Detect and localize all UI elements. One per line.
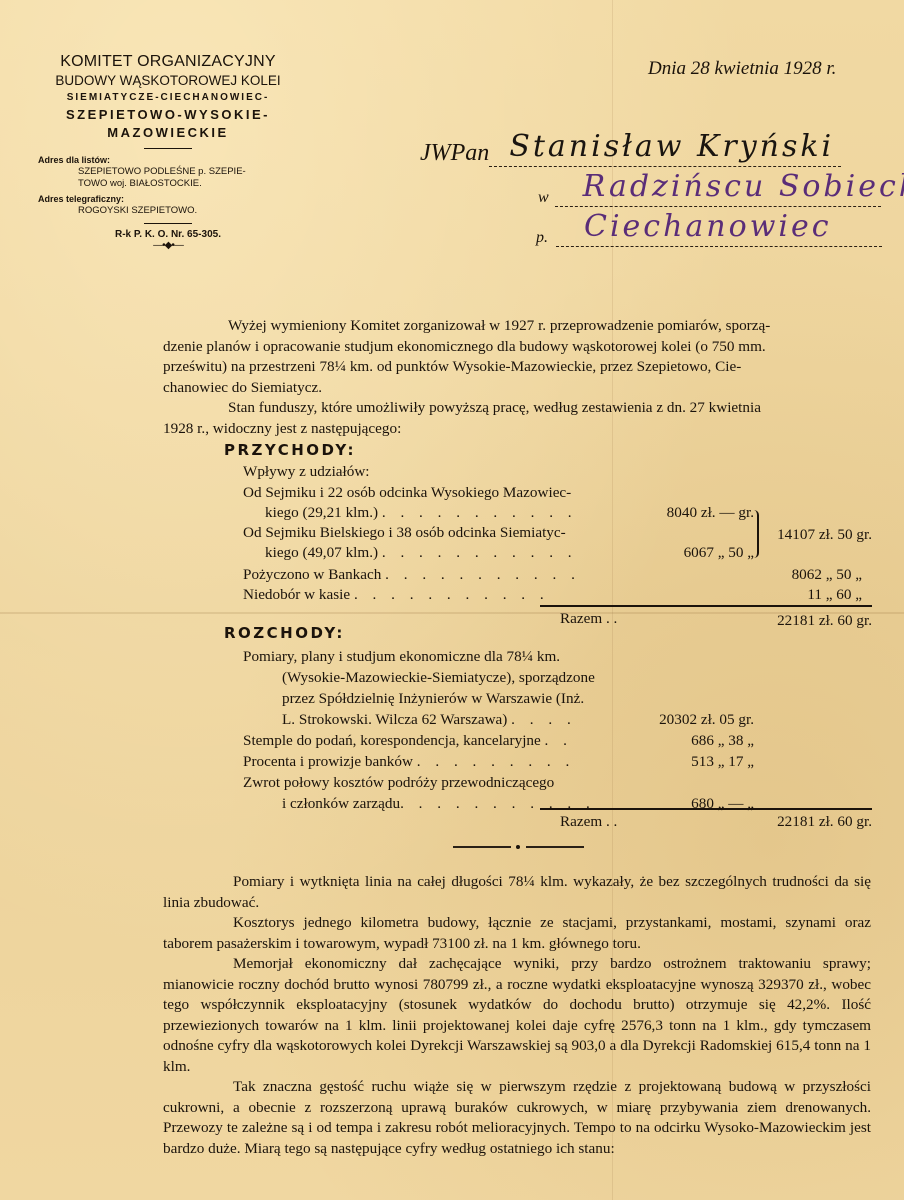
route-line-1: SIEMIATYCZE-CIECHANOWIEC- bbox=[38, 90, 298, 106]
letter-date: Dnia 28 kwietnia 1928 r. bbox=[648, 58, 836, 80]
closing-paragraph-4: Tak znaczna gęstość ruchu wiąże się w pi… bbox=[163, 1077, 871, 1159]
expenses-total-rule bbox=[540, 808, 872, 810]
income-total-rule bbox=[540, 605, 872, 607]
expenses-total-label: Razem . . bbox=[560, 813, 617, 831]
income-subheading: Wpływy z udziałów: bbox=[243, 463, 370, 481]
recipient-post-line: p. Ciechanowiec bbox=[536, 218, 882, 247]
bank-account: R-k P. K. O. Nr. 65-305. bbox=[38, 229, 298, 240]
intro-line: prześwitu) na przestrzeni 78¼ km. od pun… bbox=[163, 357, 871, 378]
route-line-2: SZEPIETOWO-WYSOKIE- bbox=[38, 106, 298, 124]
expense-item-1-line-1: Pomiary, plany i studjum ekonomiczne dla… bbox=[243, 648, 560, 666]
expense-item-2-amount: 686 „ 38 „ bbox=[600, 732, 754, 750]
telegraph-address-value: ROGOYSKI SZEPIETOWO. bbox=[38, 205, 298, 217]
mail-address-line-1: SZEPIETOWO PODLEŚNE p. SZEPIE- bbox=[38, 166, 298, 178]
income-item-1-line-2: kiego (29,21 klm.) . . . . . . . . . . . bbox=[265, 504, 577, 522]
closing-section: Pomiary i wytknięta linia na całej długo… bbox=[163, 872, 871, 1159]
separator-dot bbox=[516, 845, 520, 849]
post-handwritten: Ciechanowiec bbox=[584, 209, 832, 244]
expense-item-4-line-2: i członków zarządu. . . . . . . . . . . bbox=[282, 795, 595, 813]
income-total-label: Razem . . bbox=[560, 610, 617, 628]
intro-line: Wyżej wymieniony Komitet zorganizował w … bbox=[163, 316, 871, 337]
expense-item-3-label: Procenta i prowizje banków . . . . . . .… bbox=[243, 753, 575, 771]
income-total-amount: 22181 zł. 60 gr. bbox=[700, 612, 872, 630]
committee-name: KOMITET ORGANIZACYJNY bbox=[38, 52, 298, 72]
income-item-3-label: Pożyczono w Bankach . . . . . . . . . . … bbox=[243, 566, 580, 584]
telegraph-address-label: Adres telegraficzny: bbox=[38, 193, 298, 205]
income-item-4-amount: 11 „ 60 „ bbox=[700, 586, 862, 604]
recipient-name-line: JWPan Stanisław Kryński bbox=[420, 138, 841, 167]
expense-item-1-amount: 20302 zł. 05 gr. bbox=[600, 711, 754, 729]
post-label: p. bbox=[536, 229, 548, 247]
section-separator bbox=[453, 846, 511, 848]
expense-item-4-amount: 680 „ — „ bbox=[600, 795, 754, 813]
recipient-name-handwritten: Stanisław Kryński bbox=[509, 129, 834, 164]
leader-dots: . . . . bbox=[511, 711, 576, 728]
expenses-heading: ROZCHODY: bbox=[224, 624, 345, 642]
income-heading: PRZYCHODY: bbox=[224, 441, 356, 459]
route-line-3: MAZOWIECKIE bbox=[38, 124, 298, 142]
intro-line: Stan funduszy, które umożliwiły powyższą… bbox=[163, 398, 871, 419]
income-item-1-amount: 8040 zł. — gr. bbox=[544, 504, 754, 522]
ornament-icon: —•◆•— bbox=[38, 240, 298, 252]
place-label: w bbox=[538, 189, 549, 207]
income-item-1-line-1: Od Sejmiku i 22 osób odcinka Wysokiego M… bbox=[243, 484, 571, 502]
expense-item-1-line-3: przez Spółdzielnię Inżynierów w Warszawi… bbox=[282, 690, 584, 708]
intro-line: 1928 r., widoczny jest z następującego: bbox=[163, 419, 871, 440]
closing-paragraph-3: Memorjał ekonomiczny dał zachęcające wyn… bbox=[163, 954, 871, 1077]
income-item-2-amount: 6067 „ 50 „ bbox=[544, 544, 754, 562]
closing-paragraph-1: Pomiary i wytknięta linia na całej długo… bbox=[163, 872, 871, 913]
leader-dots: . . . . . . . . . . . bbox=[354, 586, 549, 603]
intro-section: Wyżej wymieniony Komitet zorganizował w … bbox=[163, 316, 871, 439]
income-item-2-line-1: Od Sejmiku Bielskiego i 38 osób odcinka … bbox=[243, 524, 566, 542]
recipient-place-line: w Radzińscu Sobiecho bbox=[538, 178, 881, 207]
letterhead-divider bbox=[144, 148, 192, 149]
income-item-4-label: Niedobór w kasie . . . . . . . . . . . bbox=[243, 586, 549, 604]
expense-item-4-line-1: Zwrot połowy kosztów podróży przewodnicz… bbox=[243, 774, 554, 792]
committee-purpose: BUDOWY WĄSKOTOROWEJ KOLEI bbox=[38, 72, 298, 90]
intro-line: dzenie planów i opracowanie studjum ekon… bbox=[163, 337, 871, 358]
income-item-2-line-2: kiego (49,07 klm.) . . . . . . . . . . . bbox=[265, 544, 577, 562]
leader-dots: . . . . . . . . . . . bbox=[385, 566, 580, 583]
letterhead: KOMITET ORGANIZACYJNY BUDOWY WĄSKOTOROWE… bbox=[38, 52, 298, 252]
expense-item-2-label: Stemple do podań, korespondencja, kancel… bbox=[243, 732, 572, 750]
mail-address-line-2: TOWO woj. BIAŁOSTOCKIE. bbox=[38, 178, 298, 190]
income-subtotal: 14107 zł. 50 gr. bbox=[700, 526, 872, 544]
closing-paragraph-2: Kosztorys jednego kilometra budowy, łącz… bbox=[163, 913, 871, 954]
mail-address-label: Adres dla listów: bbox=[38, 154, 298, 166]
expenses-total-amount: 22181 zł. 60 gr. bbox=[700, 813, 872, 831]
recipient-title-label: JWPan bbox=[420, 140, 489, 167]
expense-item-1-line-4: L. Strokowski. Wilcza 62 Warszawa) . . .… bbox=[282, 711, 576, 729]
section-separator bbox=[526, 846, 584, 848]
letterhead-divider-2 bbox=[144, 223, 192, 224]
expense-item-3-amount: 513 „ 17 „ bbox=[600, 753, 754, 771]
expense-item-1-line-2: (Wysokie-Mazowieckie-Siemiatycze), sporz… bbox=[282, 669, 595, 687]
intro-line: chanowiec do Siemiatycz. bbox=[163, 378, 871, 399]
place-handwritten: Radzińscu Sobiecho bbox=[583, 169, 904, 204]
income-item-3-amount: 8062 „ 50 „ bbox=[700, 566, 862, 584]
